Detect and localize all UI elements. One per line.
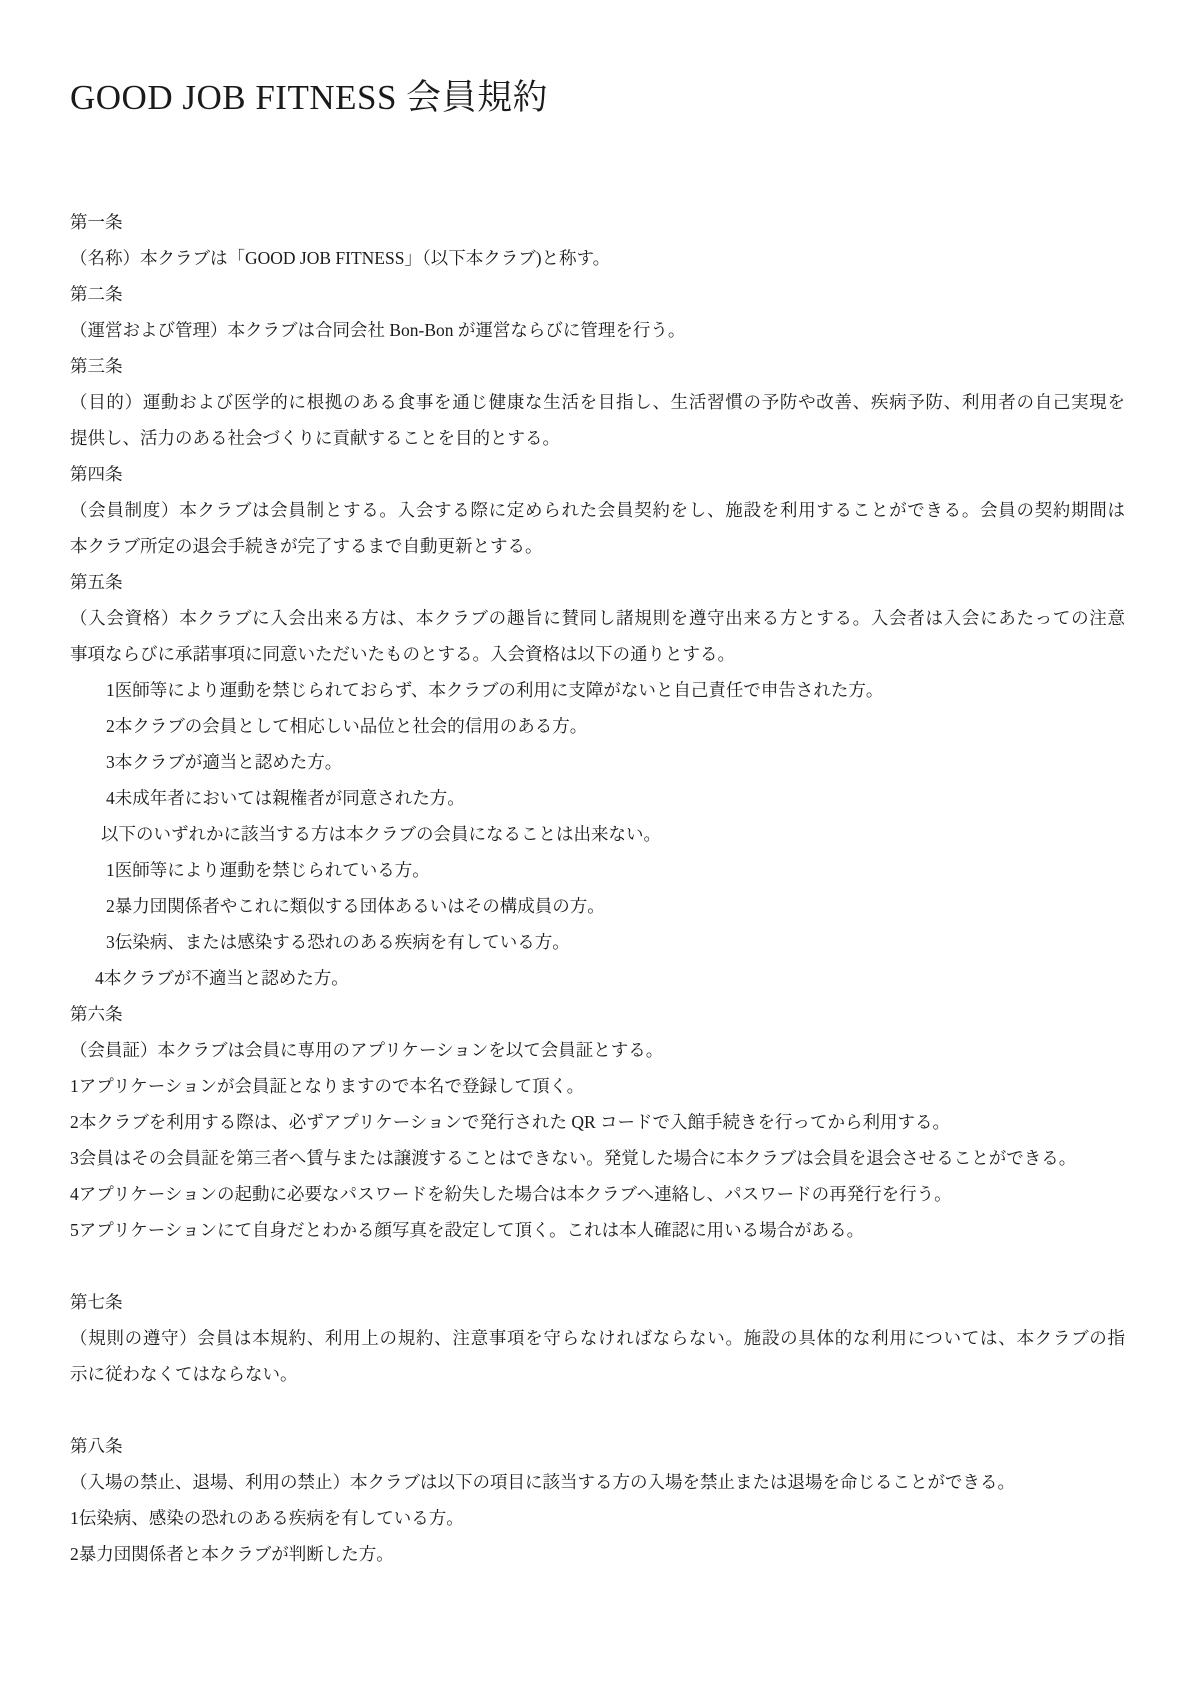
article-8-item-2: 2暴力団関係者と本クラブが判断した方。 <box>70 1536 1125 1572</box>
article-8-item-1: 1伝染病、感染の恐れのある疾病を有している方。 <box>70 1500 1125 1536</box>
exclusion-item-3: 3伝染病、または感染する恐れのある疾病を有している方。 <box>70 924 1125 960</box>
article-6-heading: 第六条 <box>70 996 1125 1032</box>
article-4-text-line-1: （会員制度）本クラブは会員制とする。入会する際に定められた会員契約をし、施設を利… <box>70 492 1125 528</box>
article-3-text-line-1: （目的）運動および医学的に根拠のある食事を通じ健康な生活を目指し、生活習慣の予防… <box>70 384 1125 420</box>
article-2-text: （運営および管理）本クラブは合同会社 Bon-Bon が運営ならびに管理を行う。 <box>70 312 1125 348</box>
article-6-item-2: 2本クラブを利用する際は、必ずアプリケーションで発行された QR コードで入館手… <box>70 1104 1125 1140</box>
article-6-text: （会員証）本クラブは会員に専用のアプリケーションを以て会員証とする。 <box>70 1032 1125 1068</box>
document-title: GOOD JOB FITNESS 会員規約 <box>70 76 1125 120</box>
article-5-heading: 第五条 <box>70 564 1125 600</box>
article-4-heading: 第四条 <box>70 456 1125 492</box>
article-6-item-5: 5アプリケーションにて自身だとわかる顔写真を設定して頂く。これは本人確認に用いる… <box>70 1212 1125 1248</box>
qualification-item-1: 1医師等により運動を禁じられておらず、本クラブの利用に支障がないと自己責任で申告… <box>70 672 1125 708</box>
exclusion-intro: 以下のいずれかに該当する方は本クラブの会員になることは出来ない。 <box>70 816 1125 852</box>
article-7-heading: 第七条 <box>70 1284 1125 1320</box>
qualification-item-4: 4未成年者においては親権者が同意された方。 <box>70 780 1125 816</box>
article-4-text-line-2: 本クラブ所定の退会手続きが完了するまで自動更新とする。 <box>70 528 1125 564</box>
qualification-item-2: 2本クラブの会員として相応しい品位と社会的信用のある方。 <box>70 708 1125 744</box>
article-6-item-1: 1アプリケーションが会員証となりますので本名で登録して頂く。 <box>70 1068 1125 1104</box>
article-2-heading: 第二条 <box>70 276 1125 312</box>
article-8-heading: 第八条 <box>70 1428 1125 1464</box>
article-7-text-line-1: （規則の遵守）会員は本規約、利用上の規約、注意事項を守らなければならない。施設の… <box>70 1320 1125 1356</box>
article-5-text-line-1: （入会資格）本クラブに入会出来る方は、本クラブの趣旨に賛同し諸規則を遵守出来る方… <box>70 600 1125 636</box>
exclusion-item-1: 1医師等により運動を禁じられている方。 <box>70 852 1125 888</box>
exclusion-item-4: 4本クラブが不適当と認めた方。 <box>70 960 1125 996</box>
qualification-item-3: 3本クラブが適当と認めた方。 <box>70 744 1125 780</box>
article-1-heading: 第一条 <box>70 204 1125 240</box>
exclusion-item-2: 2暴力団関係者やこれに類似する団体あるいはその構成員の方。 <box>70 888 1125 924</box>
document-page: GOOD JOB FITNESS 会員規約 第一条 （名称）本クラブは「GOOD… <box>0 0 1191 1684</box>
article-3-heading: 第三条 <box>70 348 1125 384</box>
article-3-text-line-2: 提供し、活力のある社会づくりに貢献することを目的とする。 <box>70 420 1125 456</box>
article-5-text-line-2: 事項ならびに承諾事項に同意いただいたものとする。入会資格は以下の通りとする。 <box>70 636 1125 672</box>
article-1-text: （名称）本クラブは「GOOD JOB FITNESS」（以下本クラブ)と称す。 <box>70 240 1125 276</box>
article-8-text: （入場の禁止、退場、利用の禁止）本クラブは以下の項目に該当する方の入場を禁止また… <box>70 1464 1125 1500</box>
article-6-item-4: 4アプリケーションの起動に必要なパスワードを紛失した場合は本クラブへ連絡し、パス… <box>70 1176 1125 1212</box>
article-6-item-3: 3会員はその会員証を第三者へ賃与または譲渡することはできない。発覚した場合に本ク… <box>70 1140 1125 1176</box>
article-7-text-line-2: 示に従わなくてはならない。 <box>70 1356 1125 1392</box>
